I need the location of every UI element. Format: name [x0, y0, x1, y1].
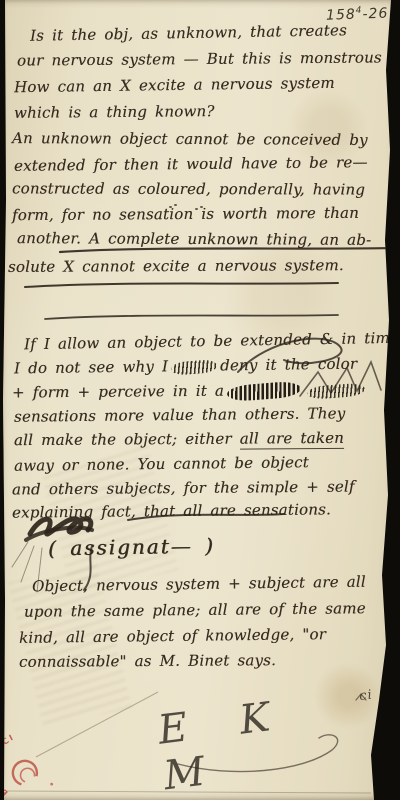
manuscript-line: which is a thing known? [14, 102, 215, 122]
manuscript-line: constructed as coloured, ponderally, hav… [12, 179, 365, 198]
svg-text:BIBLIOTECI: BIBLIOTECI [0, 732, 23, 799]
signature-initials: E K M [156, 692, 292, 799]
manuscript-parenthetical: ( assignat— ) [48, 534, 215, 561]
signature-superscript: ci [358, 688, 373, 705]
manuscript-line: An unknown object cannot be conceived by [12, 129, 368, 149]
paragraph-rule-icon [45, 315, 338, 319]
manuscript-line: our nervous system — But this is monstro… [17, 48, 382, 69]
ink-crossout-scribble [307, 382, 366, 400]
manuscript-line: If I allow an object to be extended & in… [24, 329, 400, 354]
line-text: + form + perceive in it a [12, 382, 224, 402]
ink-blot-scribble [227, 380, 302, 402]
signature: E K M ci [156, 681, 390, 793]
stamp-emblem-inner [20, 767, 36, 782]
manuscript-line: upon the same plane; all are of the same [24, 599, 366, 621]
manuscript-line: solute X cannot excite a nervous system. [8, 256, 344, 276]
archival-number-suffix: -26 [362, 6, 388, 23]
manuscript-line: connaissable" as M. Binet says. [19, 651, 276, 671]
manuscript-line: How can an X excite a nervous system [14, 74, 335, 96]
underlined-phrase: all are taken [240, 429, 344, 450]
stamp-text: BIBLIOTECI [0, 732, 23, 799]
library-stamp: BIBLIOTECI [0, 725, 82, 800]
manuscript-paper-sheet: 1584-26 Is it the obj, as unknown, that … [0, 0, 400, 800]
manuscript-line: form, for no sensation is worth more tha… [12, 204, 359, 224]
manuscript-line: extended for then it would have to be re… [14, 153, 368, 175]
manuscript-line: I do not see why Ideny it the color [14, 355, 357, 378]
manuscript-line: kind, all are object of knowledge, "or [19, 625, 326, 647]
manuscript-line: and others subjects, for the simple + se… [12, 478, 355, 499]
manuscript-line: away or none. You cannot be object [14, 453, 309, 475]
stamp-dot [50, 783, 53, 786]
manuscript-line: explaining fact, that all are sensations… [12, 500, 331, 521]
manuscript-line: another. A complete unknown thing, an ab… [17, 229, 371, 249]
manuscript-line: all make the object; either all are take… [14, 429, 344, 449]
line-text: deny it the color [220, 355, 357, 375]
ink-crossout-scribble [171, 358, 218, 375]
paragraph-rule-icon [25, 283, 338, 287]
line-text: all make the object; either [14, 430, 240, 450]
manuscript-line: Object, nervous system + subject are all [32, 573, 366, 596]
manuscript-line: Is it the obj, as unknown, that creates [30, 21, 347, 45]
manuscript-line: sensations more value than others. They [14, 404, 345, 425]
line-text: I do not see why I [14, 357, 168, 377]
manuscript-line: + form + perceive in it a [12, 380, 368, 401]
